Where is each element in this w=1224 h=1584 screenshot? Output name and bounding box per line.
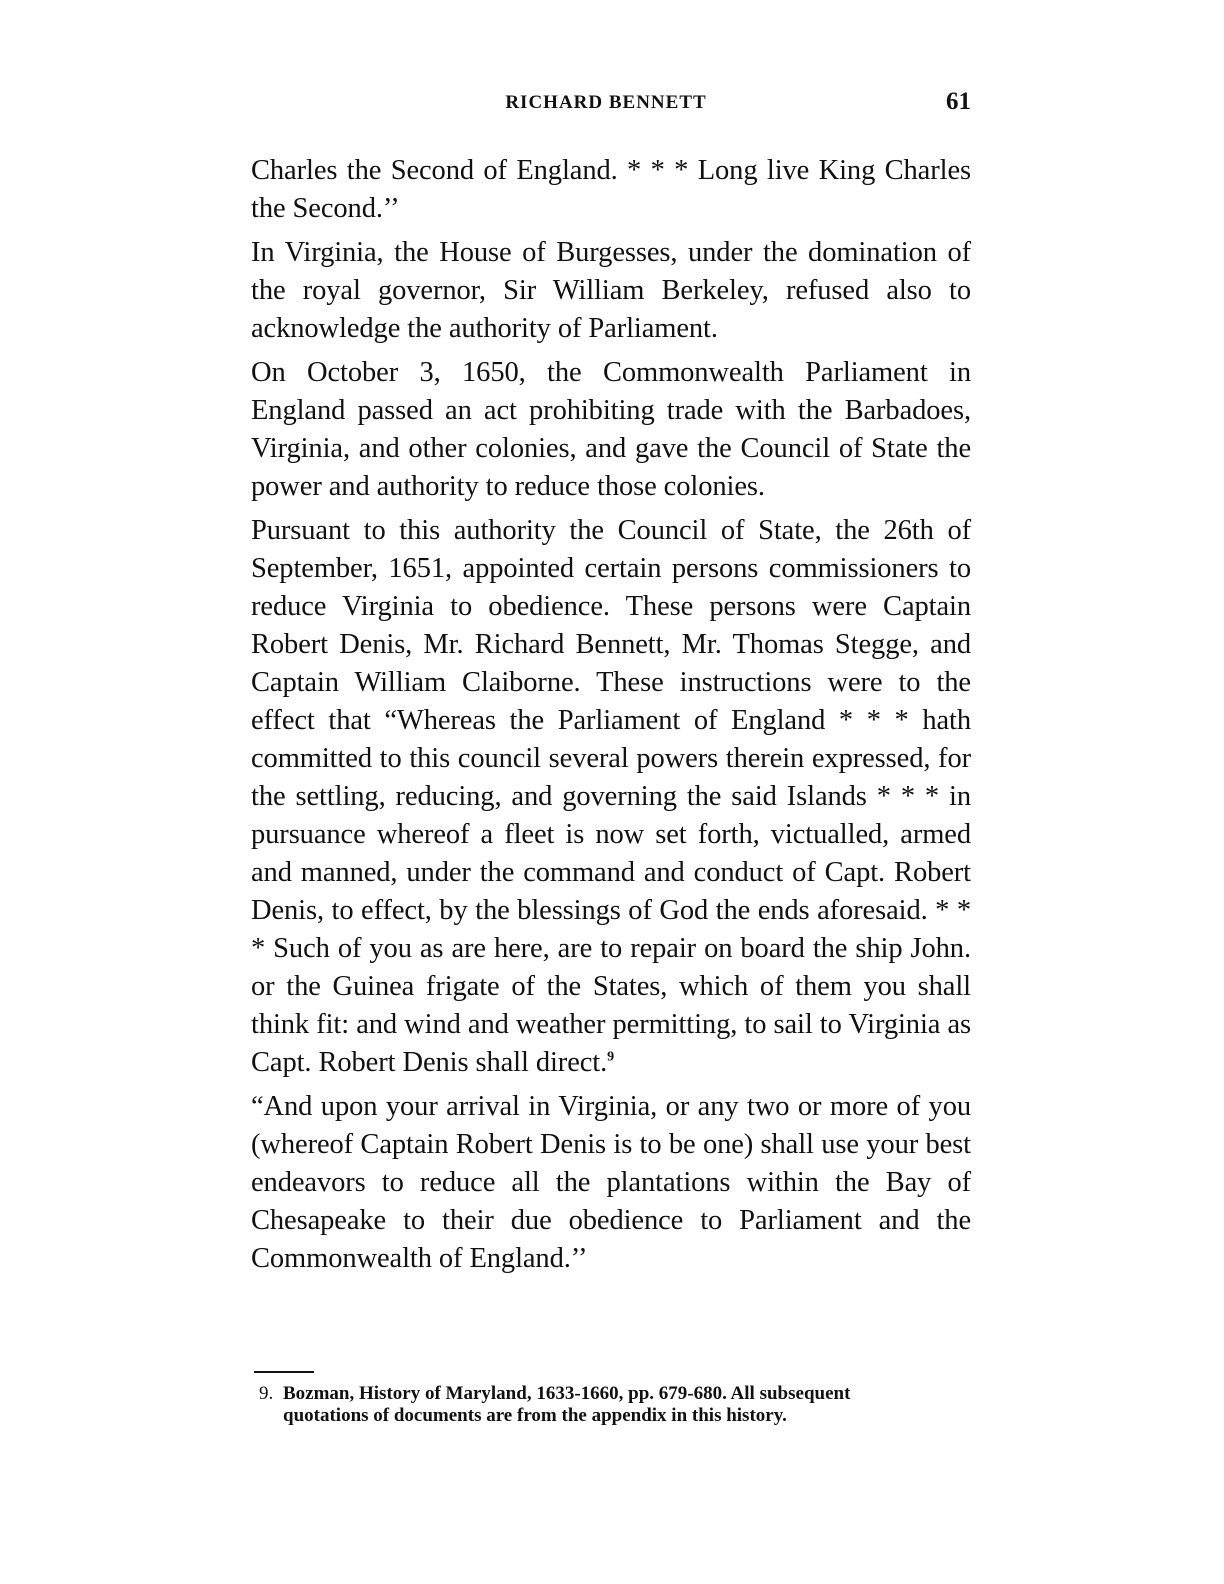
paragraph-continuation: Charles the Second of England. * * * Lon…: [251, 152, 971, 228]
paragraph-text: “And upon your arrival in Virginia, or a…: [251, 1091, 971, 1274]
paragraph-text: Charles the Second of England. * * * Lon…: [251, 155, 971, 224]
footnote-9: 9.Bozman, History of Maryland, 1633-1660…: [259, 1383, 981, 1427]
footnote-reference[interactable]: 9: [607, 1050, 614, 1065]
footnote-text-line1: Bozman, History of Maryland, 1633-1660, …: [283, 1383, 850, 1404]
running-head: RICHARD BENNETT 61: [251, 88, 971, 118]
paragraph-arrival-instructions: “And upon your arrival in Virginia, or a…: [251, 1088, 971, 1278]
footnote-text-line2: quotations of documents are from the app…: [259, 1405, 981, 1427]
running-title: RICHARD BENNETT: [251, 92, 961, 114]
paragraph-act-of-1650: On October 3, 1650, the Commonwealth Par…: [251, 354, 971, 506]
paragraph-text: In Virginia, the House of Burgesses, und…: [251, 237, 971, 344]
paragraph-house-of-burgesses: In Virginia, the House of Burgesses, und…: [251, 234, 971, 348]
paragraph-commissioners: Pursuant to this authority the Council o…: [251, 512, 971, 1082]
paragraph-text: Pursuant to this authority the Council o…: [251, 515, 971, 1078]
paragraph-text: On October 3, 1650, the Commonwealth Par…: [251, 357, 971, 502]
page-number: 61: [946, 88, 971, 116]
body-text: Charles the Second of England. * * * Lon…: [251, 152, 971, 1278]
footnote-divider: [254, 1371, 314, 1373]
footnote-number: 9.: [259, 1383, 283, 1405]
